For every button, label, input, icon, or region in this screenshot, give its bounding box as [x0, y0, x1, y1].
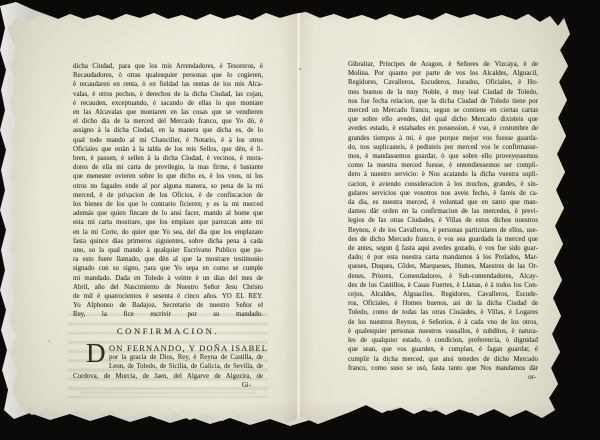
document-spread: dicha Ciudad, para que los mis Arrendado… — [8, 10, 574, 426]
photo-background: dicha Ciudad, para que los mis Arrendado… — [0, 0, 600, 440]
photo-vignette — [8, 10, 574, 426]
